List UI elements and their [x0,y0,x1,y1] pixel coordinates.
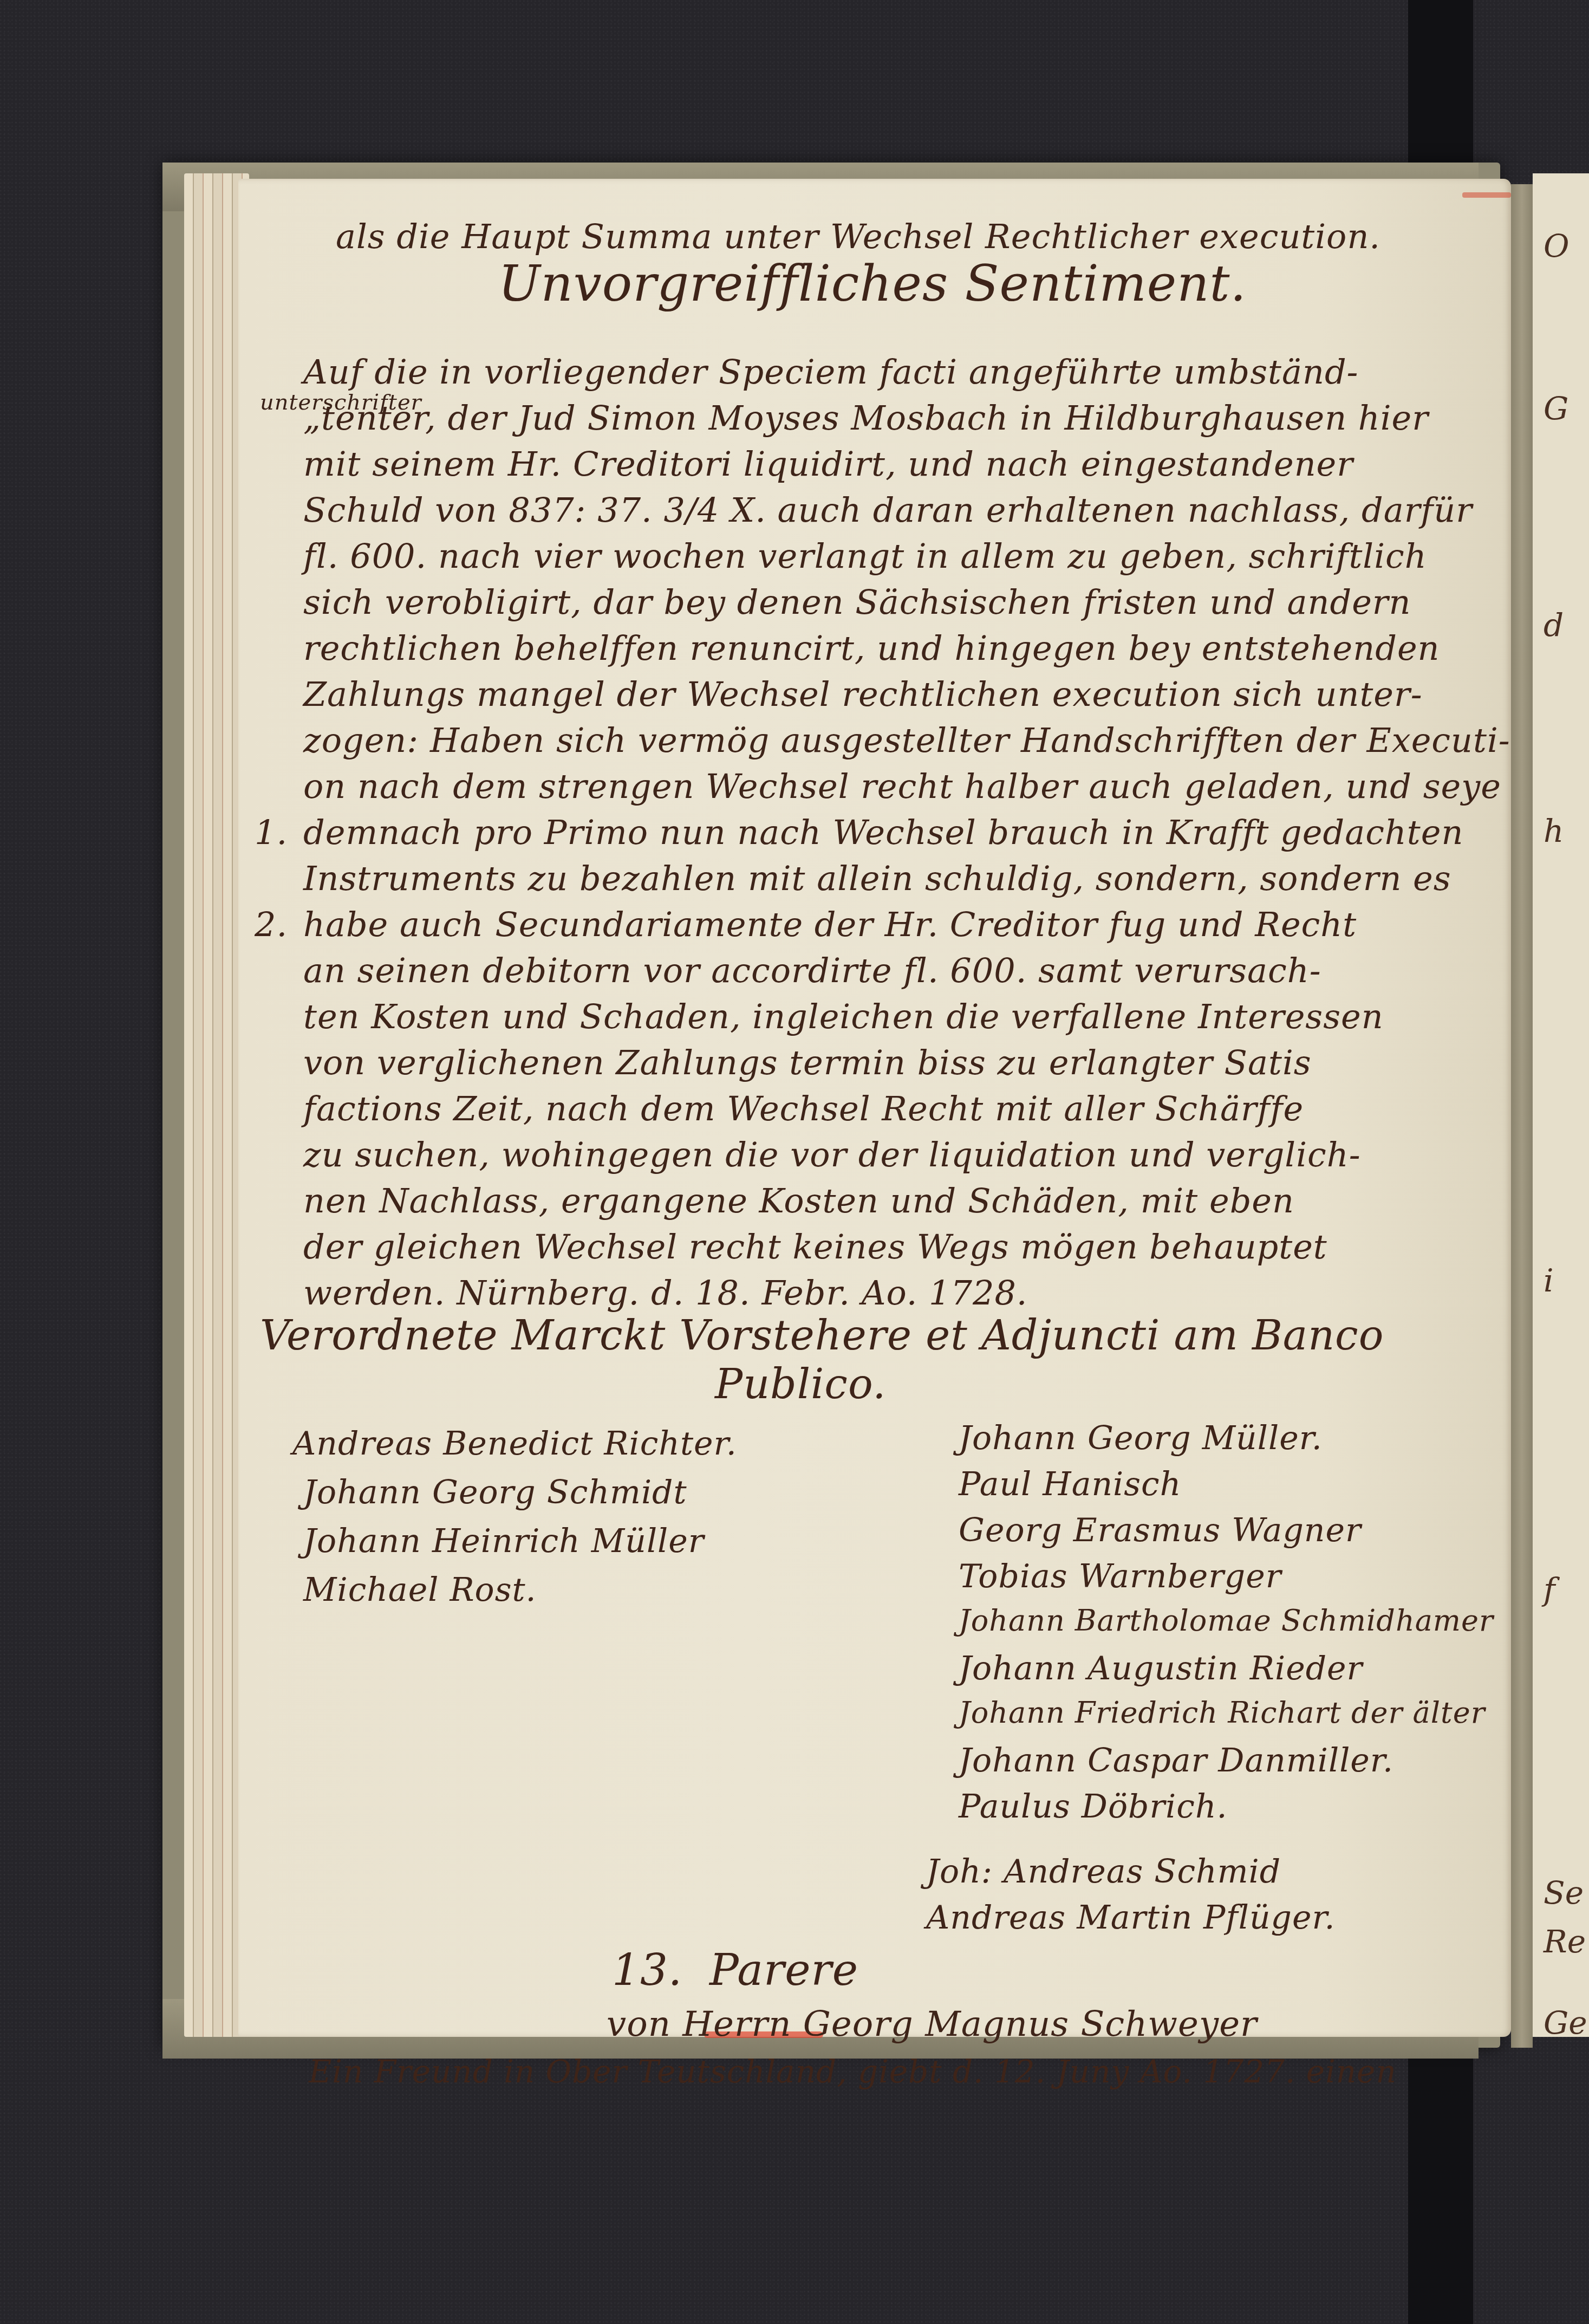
signature: Andreas Benedict Richter. [292,1425,737,1463]
body-line: mit seinem Hr. Creditori liquidirt, und … [303,444,1353,484]
section-number: 13. [612,1945,682,1995]
body-line: von verglichenen Zahlungs termin biss zu… [303,1043,1312,1082]
section-first-line: Ein Freund in Ober Teutschland, giebt d.… [309,2053,1397,2090]
section-subtitle: von Herrn Georg Magnus Schweyer [607,2004,1258,2044]
body-line: Auf die in vorliegender Speciem facti an… [303,352,1359,392]
signature: Johann Heinrich Müller [303,1522,704,1560]
body-line: zogen: Haben sich vermög ausgestellter H… [303,720,1510,760]
signature: Paul Hanisch [959,1465,1181,1503]
body-line: rechtlichen behelffen renuncirt, und hin… [303,628,1440,668]
signatories-heading: Verordnete Marckt Vorstehere et Adjuncti… [260,1311,1384,1359]
section-title: Parere [709,1945,858,1995]
body-line: Schuld von 837: 37. 3/4 X. auch daran er… [303,490,1473,530]
signature: Michael Rost. [303,1571,537,1609]
signature: Johann Augustin Rieder [959,1650,1363,1687]
facing-fragment: Se [1544,1874,1584,1911]
body-line: „tenter, der Jud Simon Moyses Mosbach in… [303,398,1429,438]
signature: Johann Georg Müller. [959,1419,1323,1457]
page-title: Unvorgreiffliches Sentiment. [498,255,1247,313]
facing-page [1533,173,1589,2037]
body-line: Zahlungs mangel der Wechsel rechtlichen … [303,674,1423,714]
facing-fragment: O [1544,228,1570,264]
signature: Johann Friedrich Richart der älter [959,1696,1485,1730]
book-gutter [1511,184,1533,2048]
body-line: habe auch Secundariamente der Hr. Credit… [303,905,1357,944]
facing-fragment: Re [1544,1923,1586,1960]
point-number: 2. [255,905,288,944]
body-line: der gleichen Wechsel recht keines Wegs m… [303,1227,1327,1267]
signatories-heading-cont: Publico. [715,1360,887,1408]
facing-fragment: d [1544,607,1564,644]
continuation-line: als die Haupt Summa unter Wechsel Rechtl… [336,217,1380,256]
body-line: zu suchen, wohingegen die vor der liquid… [303,1135,1361,1174]
red-page-edge-top [1462,192,1511,198]
facing-fragment: G [1544,390,1568,427]
body-line: fl. 600. nach vier wochen verlangt in al… [303,536,1427,576]
body-line: an seinen debitorn vor accordirte fl. 60… [303,951,1321,990]
signature: Johann Bartholomae Schmidhamer [959,1604,1494,1638]
signature: Georg Erasmus Wagner [959,1511,1362,1549]
body-line: nen Nachlass, ergangene Kosten und Schäd… [303,1181,1294,1221]
signature: Paulus Döbrich. [959,1788,1228,1826]
facing-fragment: h [1544,813,1564,849]
signature: Andreas Martin Pflüger. [926,1899,1336,1937]
signature: Joh: Andreas Schmid [926,1853,1281,1891]
body-line: Instruments zu bezahlen mit allein schul… [303,859,1451,898]
signature: Tobias Warnberger [959,1557,1281,1595]
body-line: sich verobligirt, dar bey denen Sächsisc… [303,582,1411,622]
body-line: demnach pro Primo nun nach Wechsel brauc… [303,813,1463,852]
body-line: factions Zeit, nach dem Wechsel Recht mi… [303,1089,1304,1128]
date-place-line: werden. Nürnberg. d. 18. Febr. Ao. 1728. [303,1273,1028,1313]
facing-fragment: Ge [1544,2004,1587,2041]
signature: Johann Caspar Danmiller. [959,1742,1393,1780]
facing-fragment: f [1544,1571,1555,1608]
facing-fragment: i [1544,1262,1554,1299]
body-line: ten Kosten und Schaden, ingleichen die v… [303,997,1384,1036]
signature: Johann Georg Schmidt [303,1473,687,1511]
point-number: 1. [255,813,288,852]
body-line: on nach dem strengen Wechsel recht halbe… [303,767,1501,806]
